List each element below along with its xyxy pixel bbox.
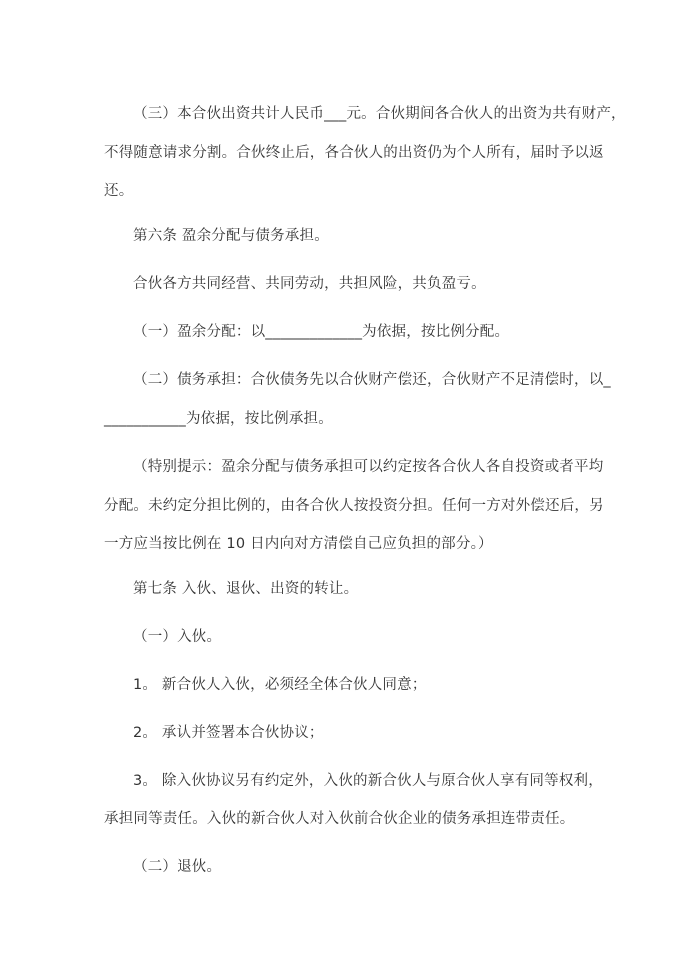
clause-7-1-item-3-line-1: 3。 除入伙协议另有约定外，入伙的新合伙人与原合伙人享有同等权利， (133, 771, 603, 791)
clause-7-2-heading: （二）退伙。 (133, 857, 221, 877)
clause-5-3-line-2: 不得随意请求分割。合伙终止后，各合伙人的出资仍为个人所有，届时予以返 (104, 143, 604, 163)
special-note-line-1: （特别提示：盈余分配与债务承担可以约定按各合伙人各自投资或者平均 (133, 457, 603, 477)
clause-7-1-item-2: 2。 承认并签署本合伙协议； (133, 723, 324, 743)
clause-6-2-line-1: （二）债务承担：合伙债务先以合伙财产偿还，合伙财产不足清偿时，以_ (133, 370, 611, 390)
clause-5-3-line-1: （三）本合伙出资共计人民币___元。合伙期间各合伙人的出资为共有财产， (133, 104, 626, 124)
special-note-line-2: 分配。未约定分担比例的，由各合伙人按投资分担。任何一方对外偿还后，另 (104, 496, 604, 516)
clause-6-1: （一）盈余分配：以_____________为依据，按比例分配。 (133, 322, 509, 342)
clause-7-1-heading: （一）入伙。 (133, 627, 221, 647)
document-page: （三）本合伙出资共计人民币___元。合伙期间各合伙人的出资为共有财产， 不得随意… (0, 0, 690, 976)
clause-7-1-item-1: 1。 新合伙人入伙，必须经全体合伙人同意； (133, 675, 427, 695)
special-note-line-3: 一方应当按比例在 10 日内向对方清偿自己应负担的部分。） (104, 534, 493, 554)
clause-6-2-line-2: ___________为依据，按比例承担。 (104, 409, 333, 429)
article-6-heading: 第六条 盈余分配与债务承担。 (133, 226, 329, 246)
clause-7-1-item-3-line-2: 承担同等责任。入伙的新合伙人对入伙前合伙企业的债务承担连带责任。 (104, 809, 574, 829)
article-7-heading: 第七条 入伙、退伙、出资的转让。 (133, 579, 358, 599)
clause-5-3-line-3: 还。 (104, 181, 133, 201)
article-6-intro: 合伙各方共同经营、共同劳动，共担风险，共负盈亏。 (133, 274, 486, 294)
